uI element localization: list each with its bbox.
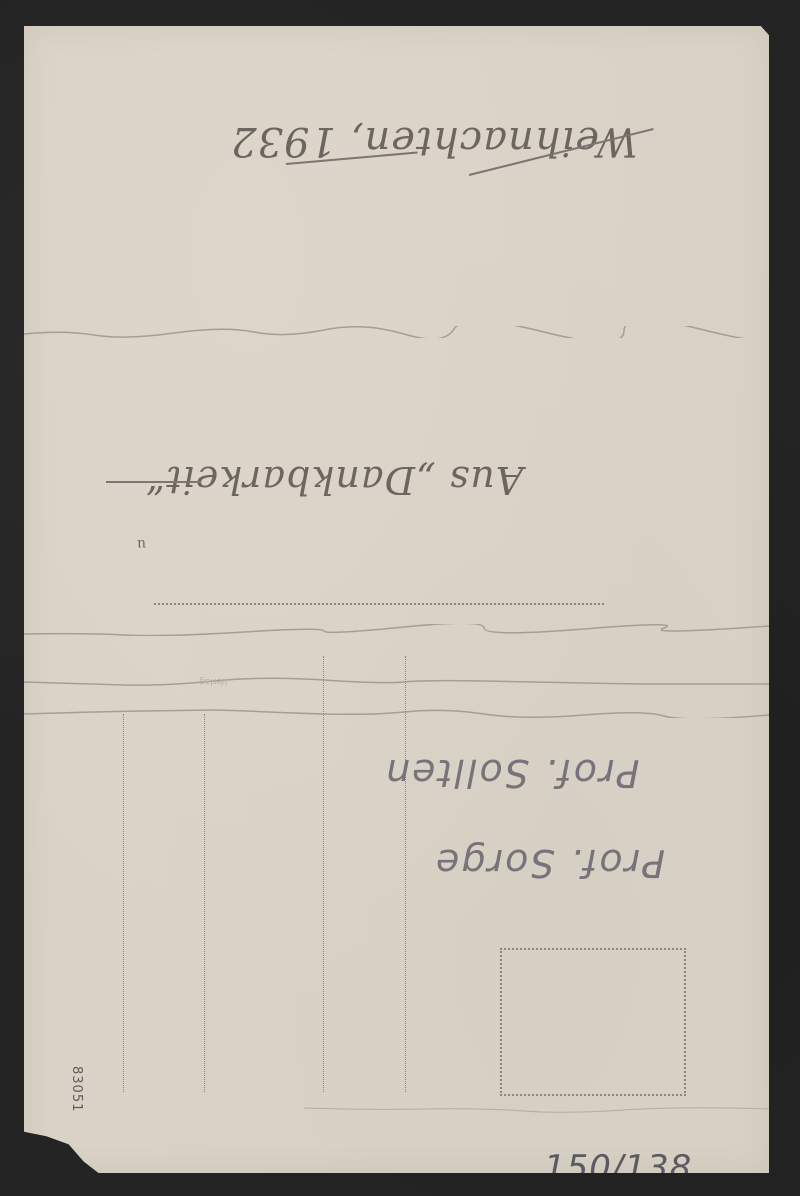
paper-crease xyxy=(24,1104,769,1107)
handwritten-mark: u xyxy=(137,536,146,552)
greeting-handwriting: Weihnachten, 1932 xyxy=(184,118,684,164)
address-line xyxy=(123,714,124,1092)
dedication-handwriting: Aus „Dankbarkeit“ xyxy=(134,458,534,502)
stamp-box xyxy=(500,948,686,1096)
printed-divider xyxy=(154,603,604,605)
postcard: Weihnachten, 1932 Aus „Dankbarkeit“ u Ve… xyxy=(24,26,769,1173)
address-line xyxy=(323,656,324,1092)
paper-crease xyxy=(24,326,769,329)
paper-crease xyxy=(24,706,769,709)
faint-publisher-print: Verlag xyxy=(199,676,227,686)
address-line xyxy=(204,714,205,1092)
address-handwriting-line-1: Prof. Sollten xyxy=(384,751,640,795)
paper-crease xyxy=(24,624,769,627)
dedication-underline xyxy=(106,481,201,483)
address-line xyxy=(405,656,406,1092)
address-handwriting-line-2: Prof. Sorge xyxy=(434,841,665,885)
paper-crease xyxy=(24,676,769,679)
